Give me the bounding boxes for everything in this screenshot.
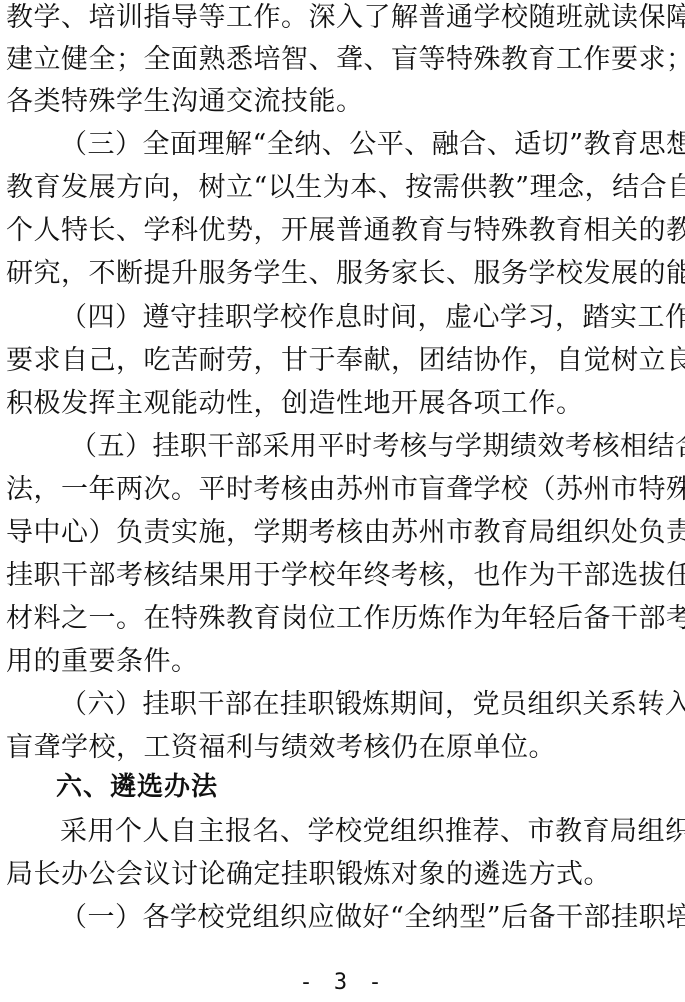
text-line: 研究，不断提升服务学生、服务家长、服务学校发展的能力。 [6, 259, 682, 289]
text-line: 教育发展方向，树立“以生为本、按需供教”理念，结合自身特点、 [6, 173, 682, 203]
text-line: 导中心）负责实施，学期考核由苏州市教育局组织处负责实施。 [6, 518, 682, 548]
text-line: 盲聋学校，工资福利与绩效考核仍在原单位。 [6, 733, 682, 763]
paragraph-item-3-first-line: （三）全面理解“全纳、公平、融合、适切”教育思想和未来 [60, 130, 682, 160]
document-page: 教学、培训指导等工作。深入了解普通学校随班就读保障体系的 建立健全；全面熟悉培智… [0, 0, 685, 1002]
text-line: 教学、培训指导等工作。深入了解普通学校随班就读保障体系的 [6, 3, 682, 33]
text-line: 各类特殊学生沟通交流技能。 [6, 87, 682, 117]
text-line: 材料之一。在特殊教育岗位工作历炼作为年轻后备干部考核、任 [6, 604, 682, 634]
paragraph-item-5-first-line: （五）挂职干部采用平时考核与学期绩效考核相结合的办 [70, 432, 682, 462]
text-line: 积极发挥主观能动性，创造性地开展各项工作。 [6, 389, 682, 419]
paragraph-selection-first-line: 采用个人自主报名、学校党组织推荐、市教育局组织处审核， [60, 817, 682, 847]
section-heading: 六、遴选办法 [56, 772, 218, 802]
paragraph-item-4-first-line: （四）遵守挂职学校作息时间，虚心学习，踏实工作，严格 [60, 303, 682, 333]
paragraph-item-6-first-line: （六）挂职干部在挂职锻炼期间，党员组织关系转入苏州市 [60, 690, 682, 720]
page-number: - 3 - [0, 970, 685, 996]
text-line: 用的重要条件。 [6, 647, 682, 677]
text-line: 法，一年两次。平时考核由苏州市盲聋学校（苏州市特殊教育指 [6, 475, 682, 505]
paragraph-selection-item-1-first-line: （一）各学校党组织应做好“全纳型”后备干部挂职培养试点 [60, 903, 682, 933]
text-line: 建立健全；全面熟悉培智、聋、盲等特殊教育工作要求；学习与 [6, 45, 682, 75]
text-line: 挂职干部考核结果用于学校年终考核，也作为干部选拔任用考察 [6, 561, 682, 591]
text-line: 局长办公会议讨论确定挂职锻炼对象的遴选方式。 [6, 860, 682, 890]
text-line: 要求自己，吃苦耐劳，甘于奉献，团结协作，自觉树立良好形象， [6, 346, 682, 376]
text-line: 个人特长、学科优势，开展普通教育与特殊教育相关的教育教学 [6, 216, 682, 246]
